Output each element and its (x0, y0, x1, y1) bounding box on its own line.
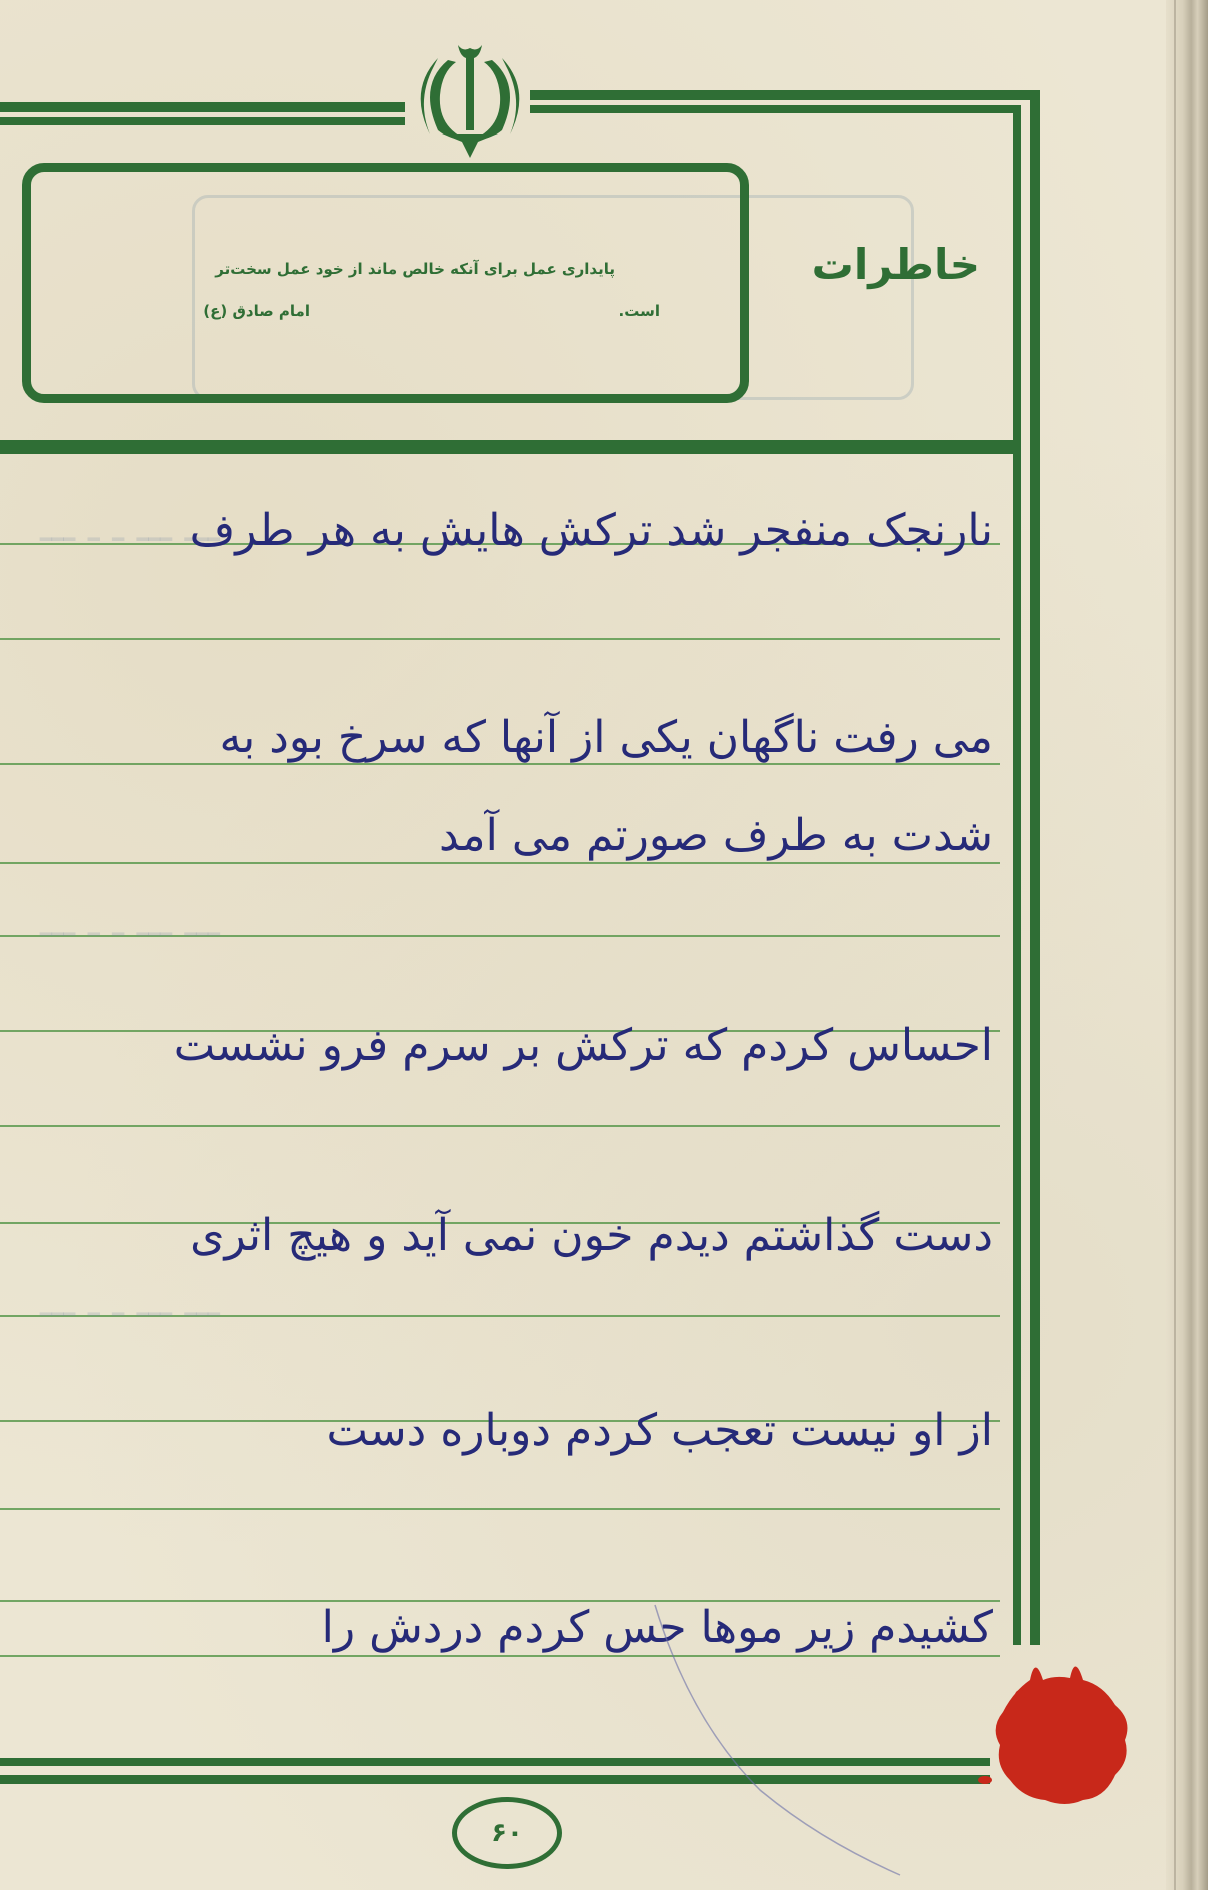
handwritten-line: احساس کردم که ترکش بر سرم فرو نشست (174, 1020, 993, 1071)
section-title: خاطرات (790, 240, 980, 289)
frame-right-border-inner (1013, 105, 1021, 1645)
handwritten-line: می رفت ناگهان یکی از آنها که سرخ بود به (219, 712, 993, 763)
handwritten-line: شدت به طرف صورتم می آمد (439, 810, 993, 861)
handwritten-line: نارنجک منفجر شد ترکش هایش به هر طرف (190, 505, 993, 556)
quote-box (22, 163, 749, 403)
show-through-text: ـــ ـ ـ ـــ ـــ (40, 1280, 220, 1326)
content-area-top-border (0, 440, 1020, 454)
ruled-line (0, 862, 1000, 864)
ruled-line (0, 1125, 1000, 1127)
page-number: ۶۰ (452, 1797, 562, 1869)
pen-stroke (650, 1600, 910, 1880)
frame-top-border-right (530, 90, 1038, 100)
frame-top-border-left (0, 102, 405, 112)
ruled-line (0, 763, 1000, 765)
quote-text: پایداری عمل برای آنکه خالص ماند از خود ع… (120, 260, 615, 278)
handwritten-line: از او نیست تعجب کردم دوباره دست (327, 1405, 993, 1456)
handwritten-line: دست گذاشتم دیدم خون نمی آید و هیچ اثری (190, 1210, 993, 1261)
frame-top-border-left-inner (0, 117, 405, 125)
frame-top-border-right-inner (530, 105, 1020, 113)
quote-text-end: است. (400, 302, 660, 320)
blood-splatter-icon (975, 1640, 1135, 1810)
quote-attribution: امام صادق (ع) (120, 302, 310, 320)
iran-emblem-icon (408, 30, 532, 160)
show-through-text: ـــ ـ ـ ـــ ـــ (40, 900, 220, 946)
frame-right-border (1030, 90, 1040, 1645)
book-page-edge (1166, 0, 1208, 1890)
ruled-line (0, 1508, 1000, 1510)
ruled-line (0, 638, 1000, 640)
